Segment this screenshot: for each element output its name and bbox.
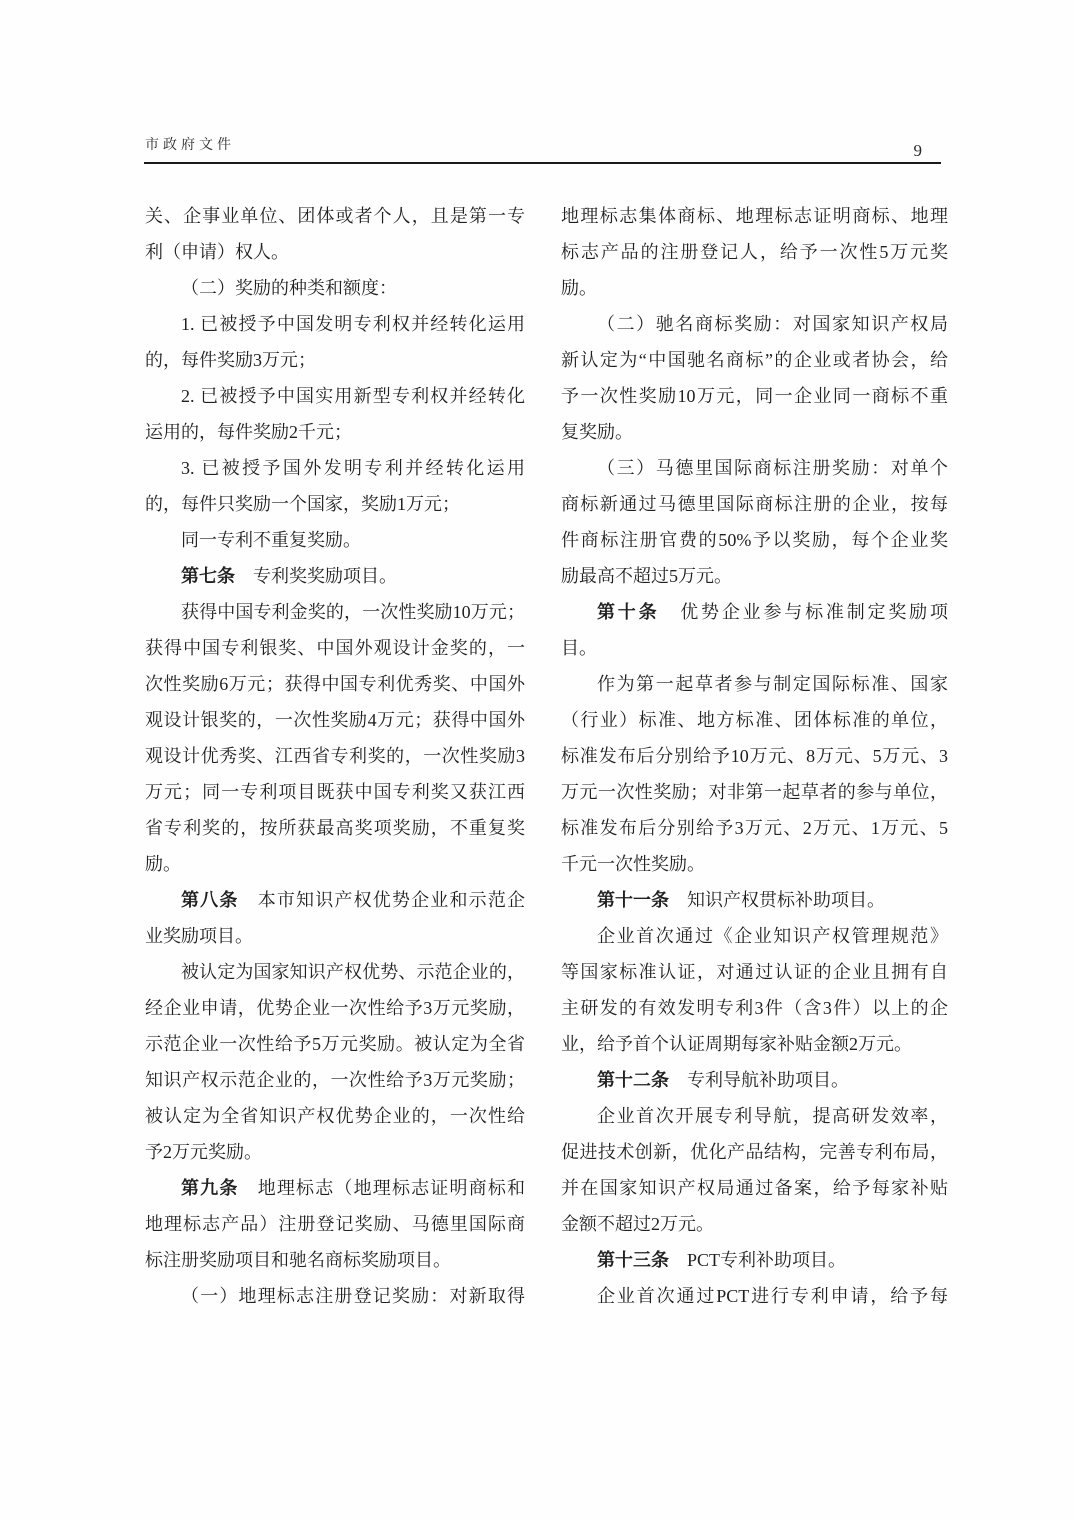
text-line: 等国家标准认证，对通过认证的企业且拥有自 xyxy=(561,954,948,990)
text-line: 励。 xyxy=(561,270,948,306)
text-line: 1. 已被授予中国发明专利权并经转化运用 xyxy=(145,306,525,342)
text-line: 示范企业一次性给予5万元奖励。被认定为全省 xyxy=(145,1026,525,1062)
text-line: 予一次性奖励10万元，同一企业同一商标不重 xyxy=(561,378,948,414)
text-line: 作为第一起草者参与制定国际标准、国家 xyxy=(561,666,948,702)
text-line: 次性奖励6万元；获得中国专利优秀奖、中国外 xyxy=(145,666,525,702)
text-line: （行业）标准、地方标准、团体标准的单位， xyxy=(561,702,948,738)
text-column-right: 地理标志集体商标、地理标志证明商标、地理标志产品的注册登记人，给予一次性5万元奖… xyxy=(561,198,948,1314)
text-line: 企业首次开展专利导航，提高研发效率， xyxy=(561,1098,948,1134)
article-number: 第十二条 xyxy=(597,1070,669,1090)
text-line: 地理标志集体商标、地理标志证明商标、地理 xyxy=(561,198,948,234)
text-line: 万元；同一专利项目既获中国专利奖又获江西 xyxy=(145,774,525,810)
text-line: 关、企事业单位、团体或者个人，且是第一专 xyxy=(145,198,525,234)
text-line: 2. 已被授予中国实用新型专利权并经转化 xyxy=(145,378,525,414)
text-line: 千元一次性奖励。 xyxy=(561,846,948,882)
text-line: 获得中国专利金奖的，一次性奖励10万元； xyxy=(145,594,525,630)
text-line: 被认定为全省知识产权优势企业的，一次性给 xyxy=(145,1098,525,1134)
text-line: 业，给予首个认证周期每家补贴金额2万元。 xyxy=(561,1026,948,1062)
text-line: 被认定为国家知识产权优势、示范企业的， xyxy=(145,954,525,990)
text-line: （一）地理标志注册登记奖励：对新取得 xyxy=(145,1278,525,1314)
header-doc-category: 市政府文件 xyxy=(145,134,235,154)
text-line: 同一专利不重复奖励。 xyxy=(145,522,525,558)
text-line: 第十二条 专利导航补助项目。 xyxy=(561,1062,948,1098)
text-line: 件商标注册官费的50%予以奖励，每个企业奖 xyxy=(561,522,948,558)
text-line: 3. 已被授予国外发明专利并经转化运用 xyxy=(145,450,525,486)
text-line: 获得中国专利银奖、中国外观设计金奖的，一 xyxy=(145,630,525,666)
article-number: 第八条 xyxy=(181,890,239,910)
text-line: 运用的，每件奖励2千元； xyxy=(145,414,525,450)
text-line: 励最高不超过5万元。 xyxy=(561,558,948,594)
text-line: （二）驰名商标奖励：对国家知识产权局 xyxy=(561,306,948,342)
text-line: 第十条 优势企业参与标准制定奖励项 xyxy=(561,594,948,630)
document-page: 市政府文件 9 关、企事业单位、团体或者个人，且是第一专利（申请）权人。（二）奖… xyxy=(0,0,1074,1520)
text-line: 省专利奖的，按所获最高奖项奖励，不重复奖 xyxy=(145,810,525,846)
text-line: 观设计优秀奖、江西省专利奖的，一次性奖励3 xyxy=(145,738,525,774)
text-line: 企业首次通过《企业知识产权管理规范》 xyxy=(561,918,948,954)
text-line: （二）奖励的种类和额度： xyxy=(145,270,525,306)
text-line: 标准发布后分别给予3万元、2万元、1万元、5 xyxy=(561,810,948,846)
article-number: 第九条 xyxy=(181,1178,239,1198)
text-line: 励。 xyxy=(145,846,525,882)
text-line: 标准发布后分别给予10万元、8万元、5万元、3 xyxy=(561,738,948,774)
text-line: 观设计银奖的，一次性奖励4万元；获得中国外 xyxy=(145,702,525,738)
text-line: 第十三条 PCT专利补助项目。 xyxy=(561,1242,948,1278)
text-line: 经企业申请，优势企业一次性给予3万元奖励， xyxy=(145,990,525,1026)
text-line: 的，每件只奖励一个国家，奖励1万元； xyxy=(145,486,525,522)
text-line: 新认定为“中国驰名商标”的企业或者协会，给 xyxy=(561,342,948,378)
text-column-left: 关、企事业单位、团体或者个人，且是第一专利（申请）权人。（二）奖励的种类和额度：… xyxy=(145,198,525,1314)
header-rule xyxy=(144,162,941,164)
text-line: （三）马德里国际商标注册奖励：对单个 xyxy=(561,450,948,486)
text-line: 促进技术创新，优化产品结构，完善专利布局， xyxy=(561,1134,948,1170)
text-line: 第七条 专利奖奖励项目。 xyxy=(145,558,525,594)
text-line: 利（申请）权人。 xyxy=(145,234,525,270)
text-line: 予2万元奖励。 xyxy=(145,1134,525,1170)
article-number: 第十条 xyxy=(597,602,659,622)
text-line: 标注册奖励项目和驰名商标奖励项目。 xyxy=(145,1242,525,1278)
text-line: 地理标志产品）注册登记奖励、马德里国际商 xyxy=(145,1206,525,1242)
text-line: 万元一次性奖励；对非第一起草者的参与单位， xyxy=(561,774,948,810)
page-number: 9 xyxy=(880,141,922,161)
text-line: 业奖励项目。 xyxy=(145,918,525,954)
article-number: 第七条 xyxy=(181,566,235,586)
text-line: 商标新通过马德里国际商标注册的企业，按每 xyxy=(561,486,948,522)
text-line: 金额不超过2万元。 xyxy=(561,1206,948,1242)
text-line: 第九条 地理标志（地理标志证明商标和 xyxy=(145,1170,525,1206)
text-line: 企业首次通过PCT进行专利申请，给予每 xyxy=(561,1278,948,1314)
text-line: 复奖励。 xyxy=(561,414,948,450)
text-line: 主研发的有效发明专利3件（含3件）以上的企 xyxy=(561,990,948,1026)
article-number: 第十三条 xyxy=(597,1250,669,1270)
text-line: 目。 xyxy=(561,630,948,666)
text-line: 标志产品的注册登记人，给予一次性5万元奖 xyxy=(561,234,948,270)
text-line: 第八条 本市知识产权优势企业和示范企 xyxy=(145,882,525,918)
text-line: 的，每件奖励3万元； xyxy=(145,342,525,378)
article-number: 第十一条 xyxy=(597,890,669,910)
text-line: 并在国家知识产权局通过备案，给予每家补贴 xyxy=(561,1170,948,1206)
text-line: 第十一条 知识产权贯标补助项目。 xyxy=(561,882,948,918)
text-line: 知识产权示范企业的，一次性给予3万元奖励； xyxy=(145,1062,525,1098)
